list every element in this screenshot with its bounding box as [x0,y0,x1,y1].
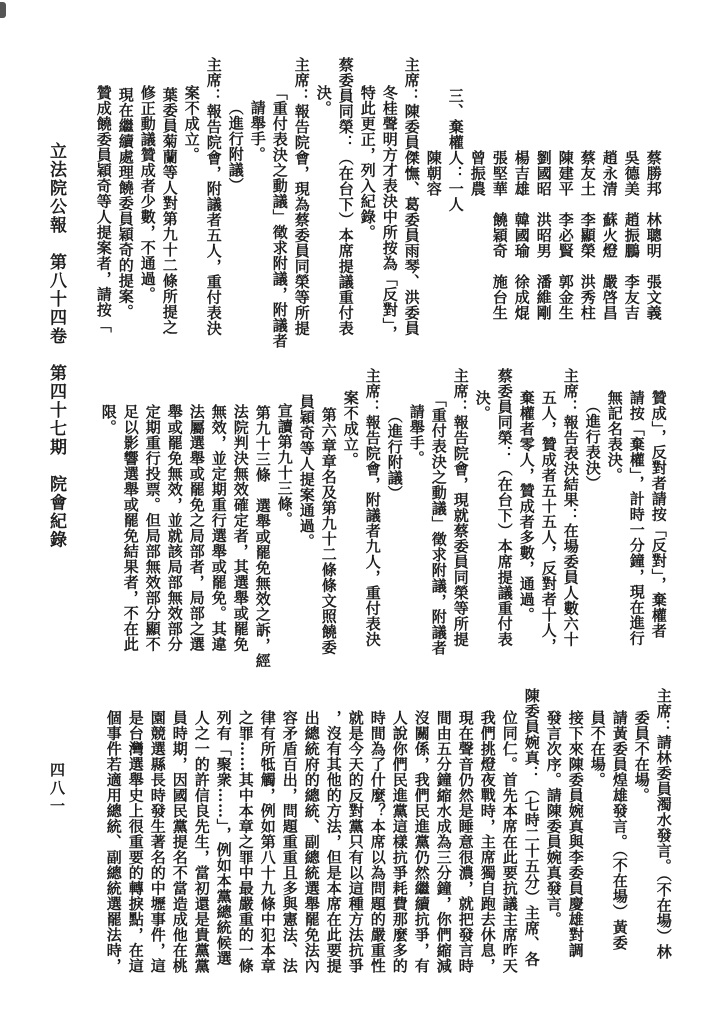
band-top-column-4: 蔡友土 李顯榮 洪秀柱 [579,150,595,321]
gazette-page: 立法院公報 第八十四卷 第四十七期 院會紀錄 四八一 蔡勝邦 林聰明 張文義吳德… [0,0,726,1024]
band-top-column-7: 楊吉雄 韓國瑜 徐成焜 [513,150,529,321]
band-top-column-3: 趙永清 蘇火燈 嚴啓昌 [601,150,617,321]
band-bottom-column-15: 就是今天的反對黨只有以這種方法抗爭 [347,710,363,974]
band-middle-column-11: 「重付表決之動議」徵求附議，附議者 [430,392,446,656]
band-bottom-column-5: 接下來陳委員婉真與李委員慶雄對調 [567,710,583,958]
band-middle-column-25: 足以影響選舉或罷免結果者，不在此 [122,404,138,652]
scan-smudge [0,2,6,18]
band-bottom-column-19: 律有所牴觸，例如第八十九條中犯本章 [259,710,275,974]
band-top-column-14: 特此更正，列入紀錄。 [359,85,375,240]
band-top-column-21: 主席：報告院會，附議者五人，重付表決 [205,57,221,336]
band-bottom-column-26: 個事件若適用總統、副總統選罷法時， [105,710,121,974]
band-middle-column-4: （進行表決） [584,398,600,491]
band-bottom-column-20: 之罪……其中本章之罪中最嚴重的一條 [237,710,253,974]
band-middle-column-21: 無效，並定期重行選舉或罷免。其違 [210,404,226,652]
band-middle-column-1: 贊成」，反對者請按「反對」，棄權者 [650,390,666,639]
band-bottom-column-1: 主席：請林委員濁水發言。（不在場）林 [655,688,671,960]
band-bottom-column-16: ，沒有其他的方法，但是本席在此要提 [325,710,341,974]
band-middle-column-20: 法院判決無效確定者，其選舉或罷免 [232,404,248,652]
band-top-column-15: 蔡委員同榮：（在台下）本席提議重付表 [337,57,353,336]
band-middle-column-26: 限。 [100,404,116,435]
band-top-column-11: 陳朝容 [425,150,441,197]
band-top-column-12: 主席：陳委員傑憮、葛委員雨琴、洪委員 [403,57,419,336]
band-middle-column-5: 主席：報告表決結果：在場委員人數六十 [562,368,578,647]
band-top-column-19: 請舉手。 [249,100,265,162]
band-bottom-column-24: 園競選縣長時發生著名的中壢事件，這 [149,710,165,974]
page-number: 四八一 [49,762,64,816]
band-bottom-column-9: 我們挑燈夜戰時，主席獨自跑去休息， [479,710,495,974]
volume-header: 立法院公報 第八十四卷 第四十七期 院會紀錄 [47,142,64,549]
band-bottom-column-4: 員不在場。 [589,710,605,788]
band-middle-column-13: （進行附議） [386,408,402,501]
band-middle-column-3: 無記名表決。 [606,390,622,483]
band-bottom-column-21: 列有「聚衆……」，例如本黨總統候選 [215,710,231,966]
band-bottom-column-12: 沒關係，我們民進黨仍然繼續抗爭，有 [413,710,429,974]
band-middle-column-8: 蔡委員同榮：（在台下）本席提議重付表 [496,368,512,647]
band-top-column-17: 主席：報告院會，現為蔡委員同榮等所提 [293,57,309,336]
band-top-column-23: 葉委員菊蘭等人對第九十二條所提之 [161,87,177,335]
band-bottom-column-11: 間由五分鐘縮水成為三分鐘，你們縮減 [435,710,451,974]
band-top-column-24: 修正動議贊成者少數，不通過。 [139,85,155,302]
band-middle-column-19: 第九十三條 選舉或罷免無效之訴，經 [254,405,270,669]
band-bottom-column-23: 員時期，因國民黨提名不當造成他在桃 [171,710,187,974]
band-top-column-9: 曾振農 [469,150,485,197]
band-bottom-column-22: 人之一的許信良先生，當初還是貴黨黨 [193,710,209,974]
band-middle-column-22: 法屬選舉或罷免之局部者，局部之選 [188,404,204,652]
band-middle-column-18: 宣讀第九十三條。 [276,403,292,527]
band-middle-column-2: 請按「棄權」，計時一分鐘，現在進行 [628,390,644,646]
band-middle-column-15: 案不成立。 [342,390,358,468]
band-middle-column-24: 定期重行投票。但局部無效部分顯不 [144,404,160,652]
band-top-column-20: （進行附議） [227,100,243,193]
band-middle-column-9: 決。 [474,390,490,421]
band-bottom-column-14: 時間為了什麼？本席以為問題的嚴重性 [369,710,385,974]
band-top-column-6: 劉國昭 洪昭男 潘維剛 [535,150,551,321]
band-top-column-25: 現在繼續處理饒委員穎奇的提案。 [117,87,133,320]
band-top-column-5: 陳建平 李必賢 郭金生 [557,150,573,321]
band-bottom-column-7: 陳委員婉真：（七時二十五分）主席、各 [523,688,539,967]
band-bottom-column-2: 委員不在場。 [633,710,649,803]
band-bottom-column-25: 是台灣選舉史上很重要的轉捩點，在這 [127,710,143,974]
band-top-column-2: 吳德美 趙振鵬 李友吉 [623,150,639,321]
band-top-column-26: 贊成饒委員穎奇等人提案者，請按「 [95,85,111,333]
band-middle-column-14: 主席：報告院會，附議者九人，重付表決 [364,368,380,647]
band-top-column-22: 案不成立。 [183,85,199,163]
band-middle-column-16: 第六章章名及第九十二條條文照饒委 [320,407,336,655]
band-bottom-column-3: 請黃委員煌雄發言。（不在場）黃委 [611,710,627,951]
band-bottom-column-6: 發言次序。請陳委員婉真發言。 [545,710,561,927]
band-middle-column-7: 棄權者零人，贊成者多數，通過。 [518,390,534,623]
band-middle-column-12: 請舉手。 [408,404,424,466]
band-top-column-13: 冬桂聲明方才表決中所按為「反對」， [381,85,397,341]
band-top-column-10: 三、棄權人：一人 [447,88,463,212]
band-middle-column-17: 員穎奇等人提案通過。 [298,394,314,549]
band-top-column-8: 張堅華 饒穎奇 施台生 [491,150,507,321]
band-bottom-column-13: 人說你們民進黨這樣抗爭耗費那麼多的 [391,710,407,974]
band-bottom-column-17: 出總統府的總統、副總統選舉罷免法內 [303,710,319,974]
band-middle-column-6: 五人，贊成者五十五人，反對者十人， [540,390,556,654]
band-top-column-18: 「重付表決之動議」徵求附議，附議者 [271,85,287,349]
band-middle-column-23: 舉或罷免無效，並就該局部無效部分 [166,404,182,652]
band-top-column-16: 決。 [315,85,331,116]
band-bottom-column-10: 現在聲音仍然是睡意很濃，就把發言時 [457,710,473,974]
band-bottom-column-18: 容矛盾百出，問題重重且多與憲法、法 [281,710,297,974]
band-top-column-1: 蔡勝邦 林聰明 張文義 [645,150,661,321]
band-bottom-column-8: 位同仁。首先本席在此要抗議主席昨天 [501,710,517,974]
band-middle-column-10: 主席：報告院會，現就蔡委員同榮等所提 [452,368,468,647]
